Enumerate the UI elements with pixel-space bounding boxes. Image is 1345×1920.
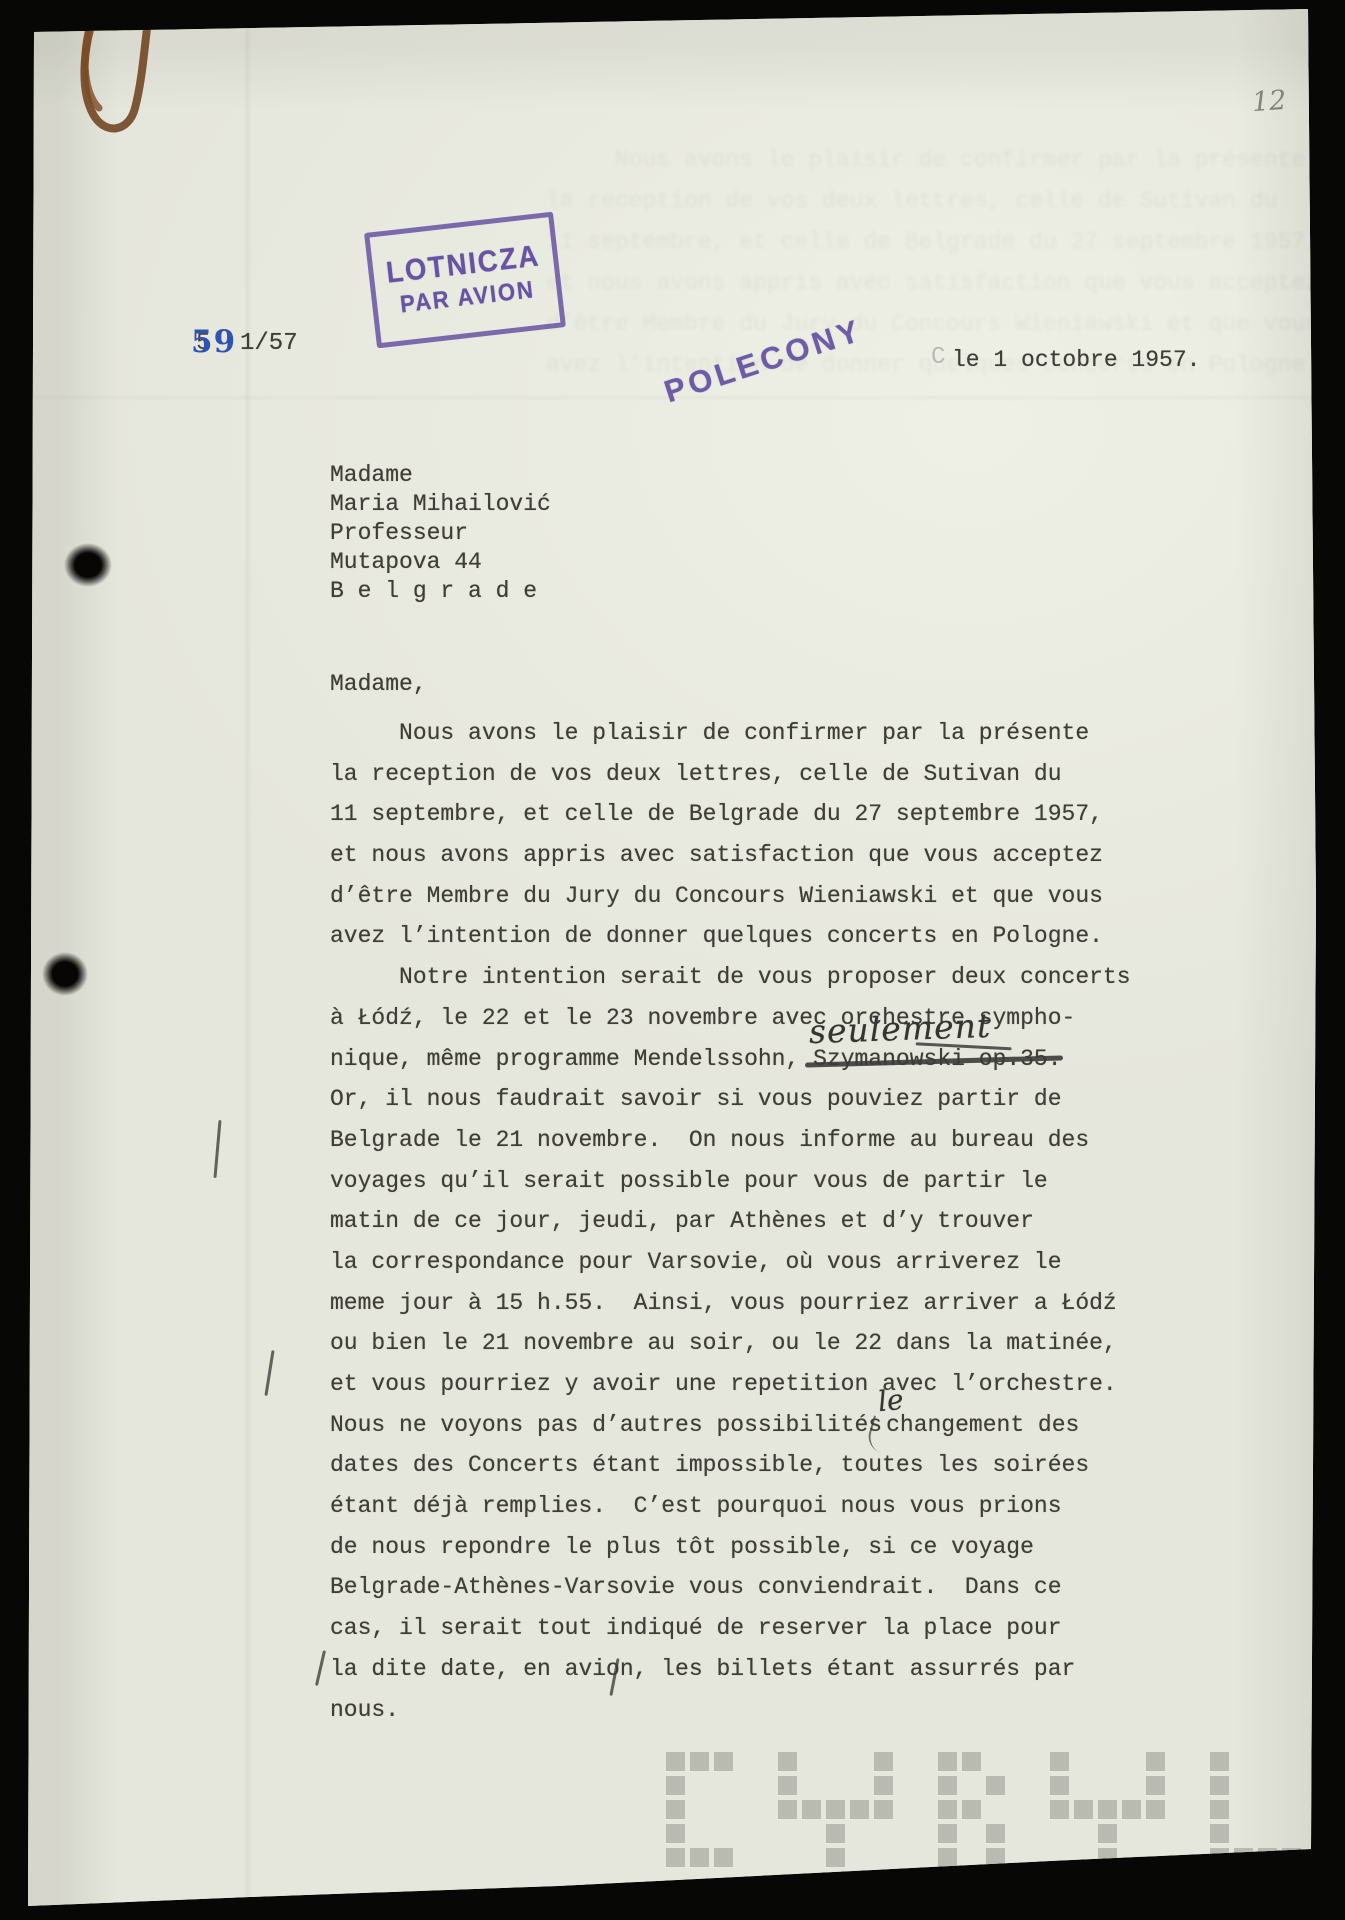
body-line: nous. xyxy=(330,1690,1131,1731)
body-line: meme jour à 15 h.55. Ainsi, vous pourrie… xyxy=(330,1283,1131,1324)
body-line: Nous avons le plaisir de confirmer par l… xyxy=(330,713,1131,754)
body-line: d’être Membre du Jury du Concours Wienia… xyxy=(330,876,1131,917)
body-line: et nous avons appris avec satisfaction q… xyxy=(330,835,1131,876)
faint-offset-mark: C xyxy=(931,344,945,371)
body-line: cas, il serait tout indiqué de reserver … xyxy=(330,1608,1131,1649)
body-line: à Łódź, le 22 et le 23 novembre avec orc… xyxy=(330,998,1131,1039)
letter-body: Nous avons le plaisir de confirmer par l… xyxy=(330,713,1131,1730)
pen-stroke xyxy=(315,1650,326,1686)
watermark-letter xyxy=(938,1752,1005,1867)
address-line: B e l g r a d e xyxy=(330,577,551,606)
scanned-letter-page: Nous avons le plaisir de confirmer par l… xyxy=(0,0,1345,1920)
body-line: Nous ne voyons pas d’autres possibilités… xyxy=(330,1405,1131,1446)
body-line: la correspondance pour Varsovie, où vous… xyxy=(330,1242,1131,1283)
body-line: 11 septembre, et celle de Belgrade du 27… xyxy=(330,794,1131,835)
date-line: le 1 octobre 1957. xyxy=(952,347,1200,373)
body-line: Belgrade le 21 novembre. On nous informe… xyxy=(330,1120,1131,1161)
body-line: étant déjà remplies. C’est pourquoi nous… xyxy=(330,1486,1131,1527)
body-line: matin de ce jour, jeudi, par Athènes et … xyxy=(330,1201,1131,1242)
watermark-letter xyxy=(666,1752,733,1867)
pen-stroke xyxy=(264,1350,274,1396)
address-line: Mutapova 44 xyxy=(330,548,551,577)
airmail-stamp: LOTNICZA PAR AVION xyxy=(364,212,566,349)
body-line: dates des Concerts étant impossible, tou… xyxy=(330,1445,1131,1486)
paper-clip xyxy=(55,0,185,150)
watermark-letter xyxy=(1050,1752,1165,1867)
body-line: la dite date, en avion, les billets étan… xyxy=(330,1649,1131,1690)
body-line: Or, il nous faudrait savoir si vous pouv… xyxy=(330,1079,1131,1120)
body-line: de nous repondre le plus tôt possible, s… xyxy=(330,1527,1131,1568)
watermark-letter xyxy=(1210,1752,1301,1867)
body-line: voyages qu’il serait possible pour vous … xyxy=(330,1161,1131,1202)
body-line: Notre intention serait de vous proposer … xyxy=(330,957,1131,998)
recipient-address: MadameMaria MihailovićProfesseurMutapova… xyxy=(330,461,551,606)
handwritten-correction: seulement xyxy=(808,1005,991,1052)
address-line: Maria Mihailović xyxy=(330,490,551,519)
paper-sheet: Nous avons le plaisir de confirmer par l… xyxy=(0,0,1345,1920)
salutation: Madame, xyxy=(330,671,427,697)
body-line: Belgrade-Athènes-Varsovie vous conviendr… xyxy=(330,1567,1131,1608)
handwritten-insertion: le xyxy=(876,1379,906,1422)
page-number-handwritten: 12 xyxy=(1251,85,1287,118)
body-line: et vous pourriez y avoir une repetition … xyxy=(330,1364,1131,1405)
body-line: avez l’intention de donner quelques conc… xyxy=(330,916,1131,957)
punch-hole xyxy=(42,952,88,996)
cyryl-watermark xyxy=(666,1752,1301,1867)
address-line: Madame xyxy=(330,461,551,490)
pen-stroke xyxy=(213,1120,221,1178)
reference-handwritten: 59 xyxy=(191,324,236,360)
body-line: la reception de vos deux lettres, celle … xyxy=(330,754,1131,795)
watermark-letter xyxy=(778,1752,893,1867)
punch-hole xyxy=(64,543,112,587)
address-line: Professeur xyxy=(330,519,551,548)
body-line: ou bien le 21 novembre au soir, ou le 22… xyxy=(330,1323,1131,1364)
body-line: nique, même programme Mendelssohn, Szyma… xyxy=(330,1039,1131,1080)
reference-typed: 1/57 xyxy=(240,330,298,357)
